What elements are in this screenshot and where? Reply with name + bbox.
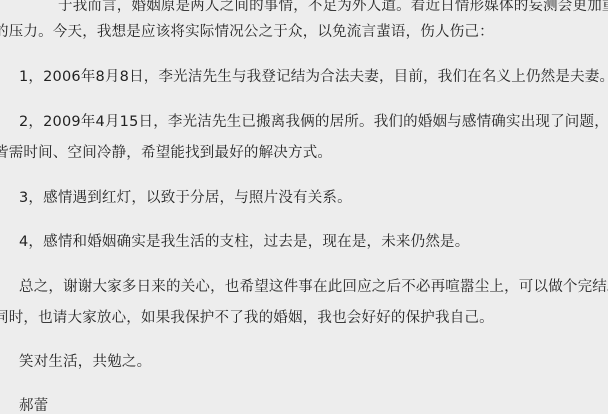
closing-line: 笑对生活，共勉之。	[19, 352, 151, 372]
signature: 郝蕾	[19, 396, 48, 414]
item-2-continuation: 皆需时间、空间冷静，希望能找到最好的解决方式。	[0, 143, 332, 163]
intro-line-2: 的压力。今天，我想是应该将实际情况公之于众，以免流言蜚语，伤人伤己：	[0, 22, 494, 42]
item-1: 1，2006年8月8日，李光洁先生与我登记结为合法夫妻，目前，我们在名义上仍然是…	[19, 67, 608, 87]
summary-line-2: 同时，也请大家放心，如果我保护不了我的婚姻，我也会好好的保护我自己。	[0, 308, 494, 328]
intro-line-1: 于我而言，婚姻原是两人之间的事情，不足为外人道。看近日情形媒体的妄测会更加重我二…	[58, 0, 608, 16]
summary-line-1: 总之，谢谢大家多日来的关心，也希望这件事在此回应之后不必再喧嚣尘上，可以做个完结…	[19, 277, 608, 297]
item-4: 4，感情和婚姻确实是我生活的支柱，过去是，现在是，未来仍然是。	[19, 232, 469, 252]
item-3: 3，感情遇到红灯，以致于分居，与照片没有关系。	[19, 188, 352, 208]
item-2: 2，2009年4月15日，李光洁先生已搬离我俩的居所。我们的婚姻与感情确实出现了…	[19, 112, 608, 132]
